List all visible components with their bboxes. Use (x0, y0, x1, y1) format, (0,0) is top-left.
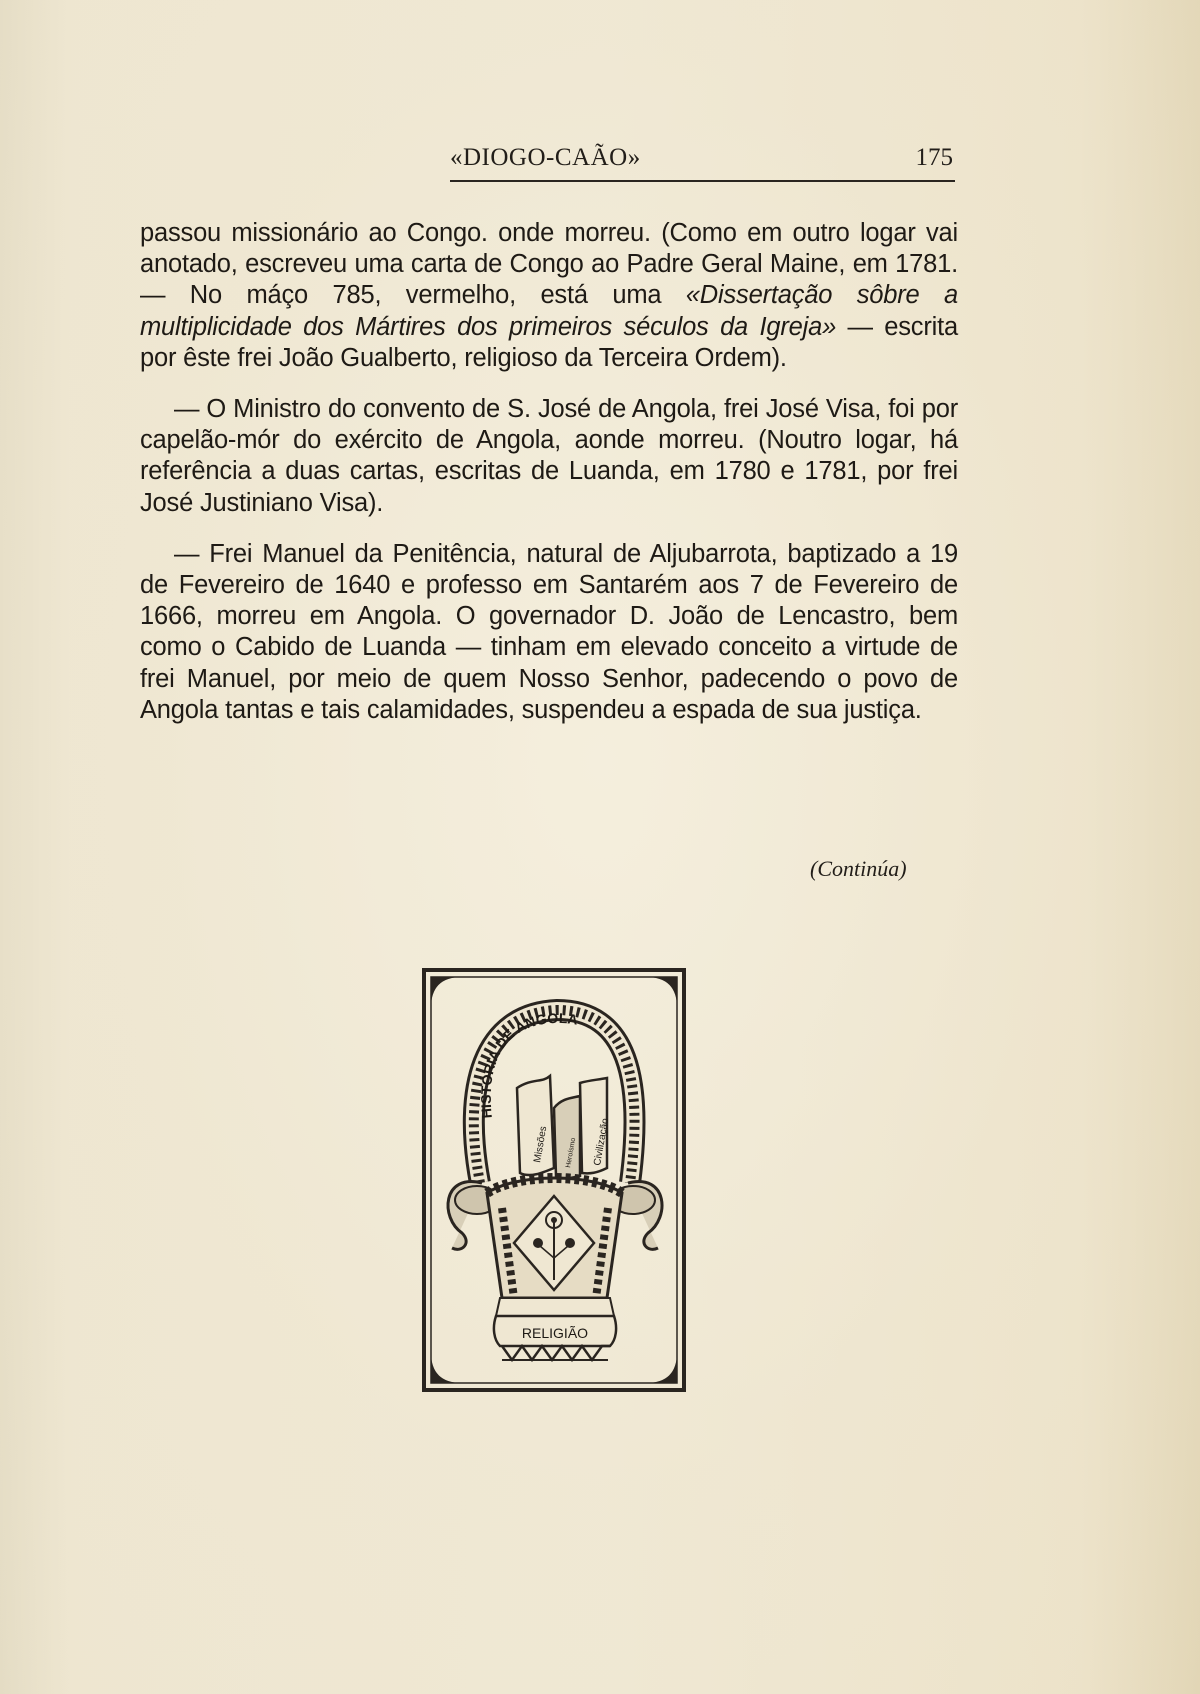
emblem-base-text: RELIGIÃO (522, 1325, 588, 1341)
paragraph-3: — Frei Manuel da Penitência, natural de … (140, 539, 958, 726)
running-title: «DIOGO-CAÃO» (450, 144, 641, 172)
bleed-through-text (120, 120, 134, 171)
scanned-page: «DIOGO-CAÃO» 175 passou missionário ao C… (0, 0, 1200, 1694)
paragraph-1: passou missionário ao Congo. onde morreu… (140, 218, 958, 374)
page-number: 175 (916, 144, 954, 172)
emblem-graphic: HISTÓRIA DE ANGOLA Missões Heroísmo Civi… (422, 968, 686, 1392)
paragraph-3-text: — Frei Manuel da Penitência, natural de … (140, 540, 958, 724)
historia-de-angola-emblem: HISTÓRIA DE ANGOLA Missões Heroísmo Civi… (422, 968, 686, 1392)
paragraph-2: — O Ministro do convento de S. José de A… (140, 394, 958, 519)
body-text: passou missionário ao Congo. onde morreu… (140, 218, 958, 726)
continuation-note: (Continúa) (810, 856, 907, 882)
running-header: «DIOGO-CAÃO» 175 (450, 140, 955, 182)
paragraph-2-text: — O Ministro do convento de S. José de A… (140, 395, 958, 517)
